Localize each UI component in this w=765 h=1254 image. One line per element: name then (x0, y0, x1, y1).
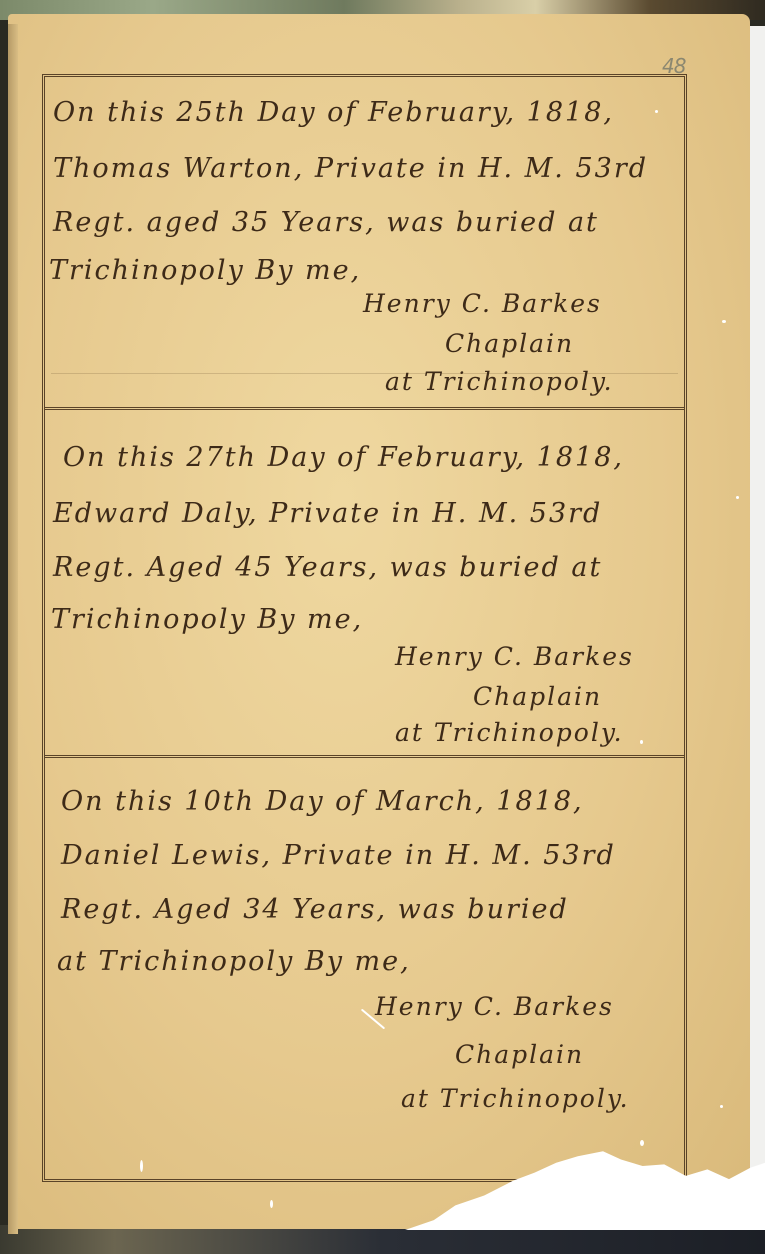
paper-damage-speck (140, 1160, 143, 1172)
burial-entry: On this 10th Day of March, 1818, Daniel … (45, 755, 684, 1179)
signature-name: Henry C. Barkes (375, 992, 614, 1021)
burial-entry: On this 27th Day of February, 1818, Edwa… (45, 407, 684, 755)
paper-damage-speck (720, 1105, 723, 1108)
signature-name: Henry C. Barkes (363, 289, 602, 318)
entry-age-line: Regt. Aged 34 Years, was buried (61, 894, 569, 925)
entry-date-line: On this 10th Day of March, 1818, (61, 786, 584, 817)
signature-place: at Trichinopoly. (401, 1084, 630, 1113)
entry-name-line: Daniel Lewis, Private in H. M. 53rd (61, 840, 616, 871)
signature-place: at Trichinopoly. (385, 367, 614, 396)
page-binding-edge (8, 24, 18, 1234)
entry-place-line: Trichinopoly By me, (51, 604, 363, 635)
signature-title: Chaplain (455, 1040, 584, 1069)
paper-damage-speck (722, 320, 726, 323)
entry-place-line: at Trichinopoly By me, (57, 946, 411, 977)
paper-damage-speck (640, 740, 643, 744)
signature-title: Chaplain (445, 329, 574, 358)
entry-date-line: On this 27th Day of February, 1818, (63, 442, 624, 473)
entry-age-line: Regt. aged 35 Years, was buried at (53, 207, 599, 238)
signature-title: Chaplain (473, 682, 602, 711)
paper-damage-speck (655, 110, 658, 113)
ledger-frame: On this 25th Day of February, 1818, Thom… (42, 74, 687, 1182)
signature-place: at Trichinopoly. (395, 718, 624, 747)
entry-place-line: Trichinopoly By me, (49, 255, 361, 286)
paper-damage-speck (736, 496, 739, 499)
entry-age-line: Regt. Aged 45 Years, was buried at (53, 552, 602, 583)
entry-date-line: On this 25th Day of February, 1818, (53, 97, 614, 128)
burial-entry: On this 25th Day of February, 1818, Thom… (45, 77, 684, 407)
paper-damage-speck (640, 1140, 644, 1146)
signature-name: Henry C. Barkes (395, 642, 634, 671)
paper-damage-speck (270, 1200, 273, 1208)
entry-name-line: Edward Daly, Private in H. M. 53rd (53, 498, 602, 529)
entry-name-line: Thomas Warton, Private in H. M. 53rd (53, 153, 648, 184)
